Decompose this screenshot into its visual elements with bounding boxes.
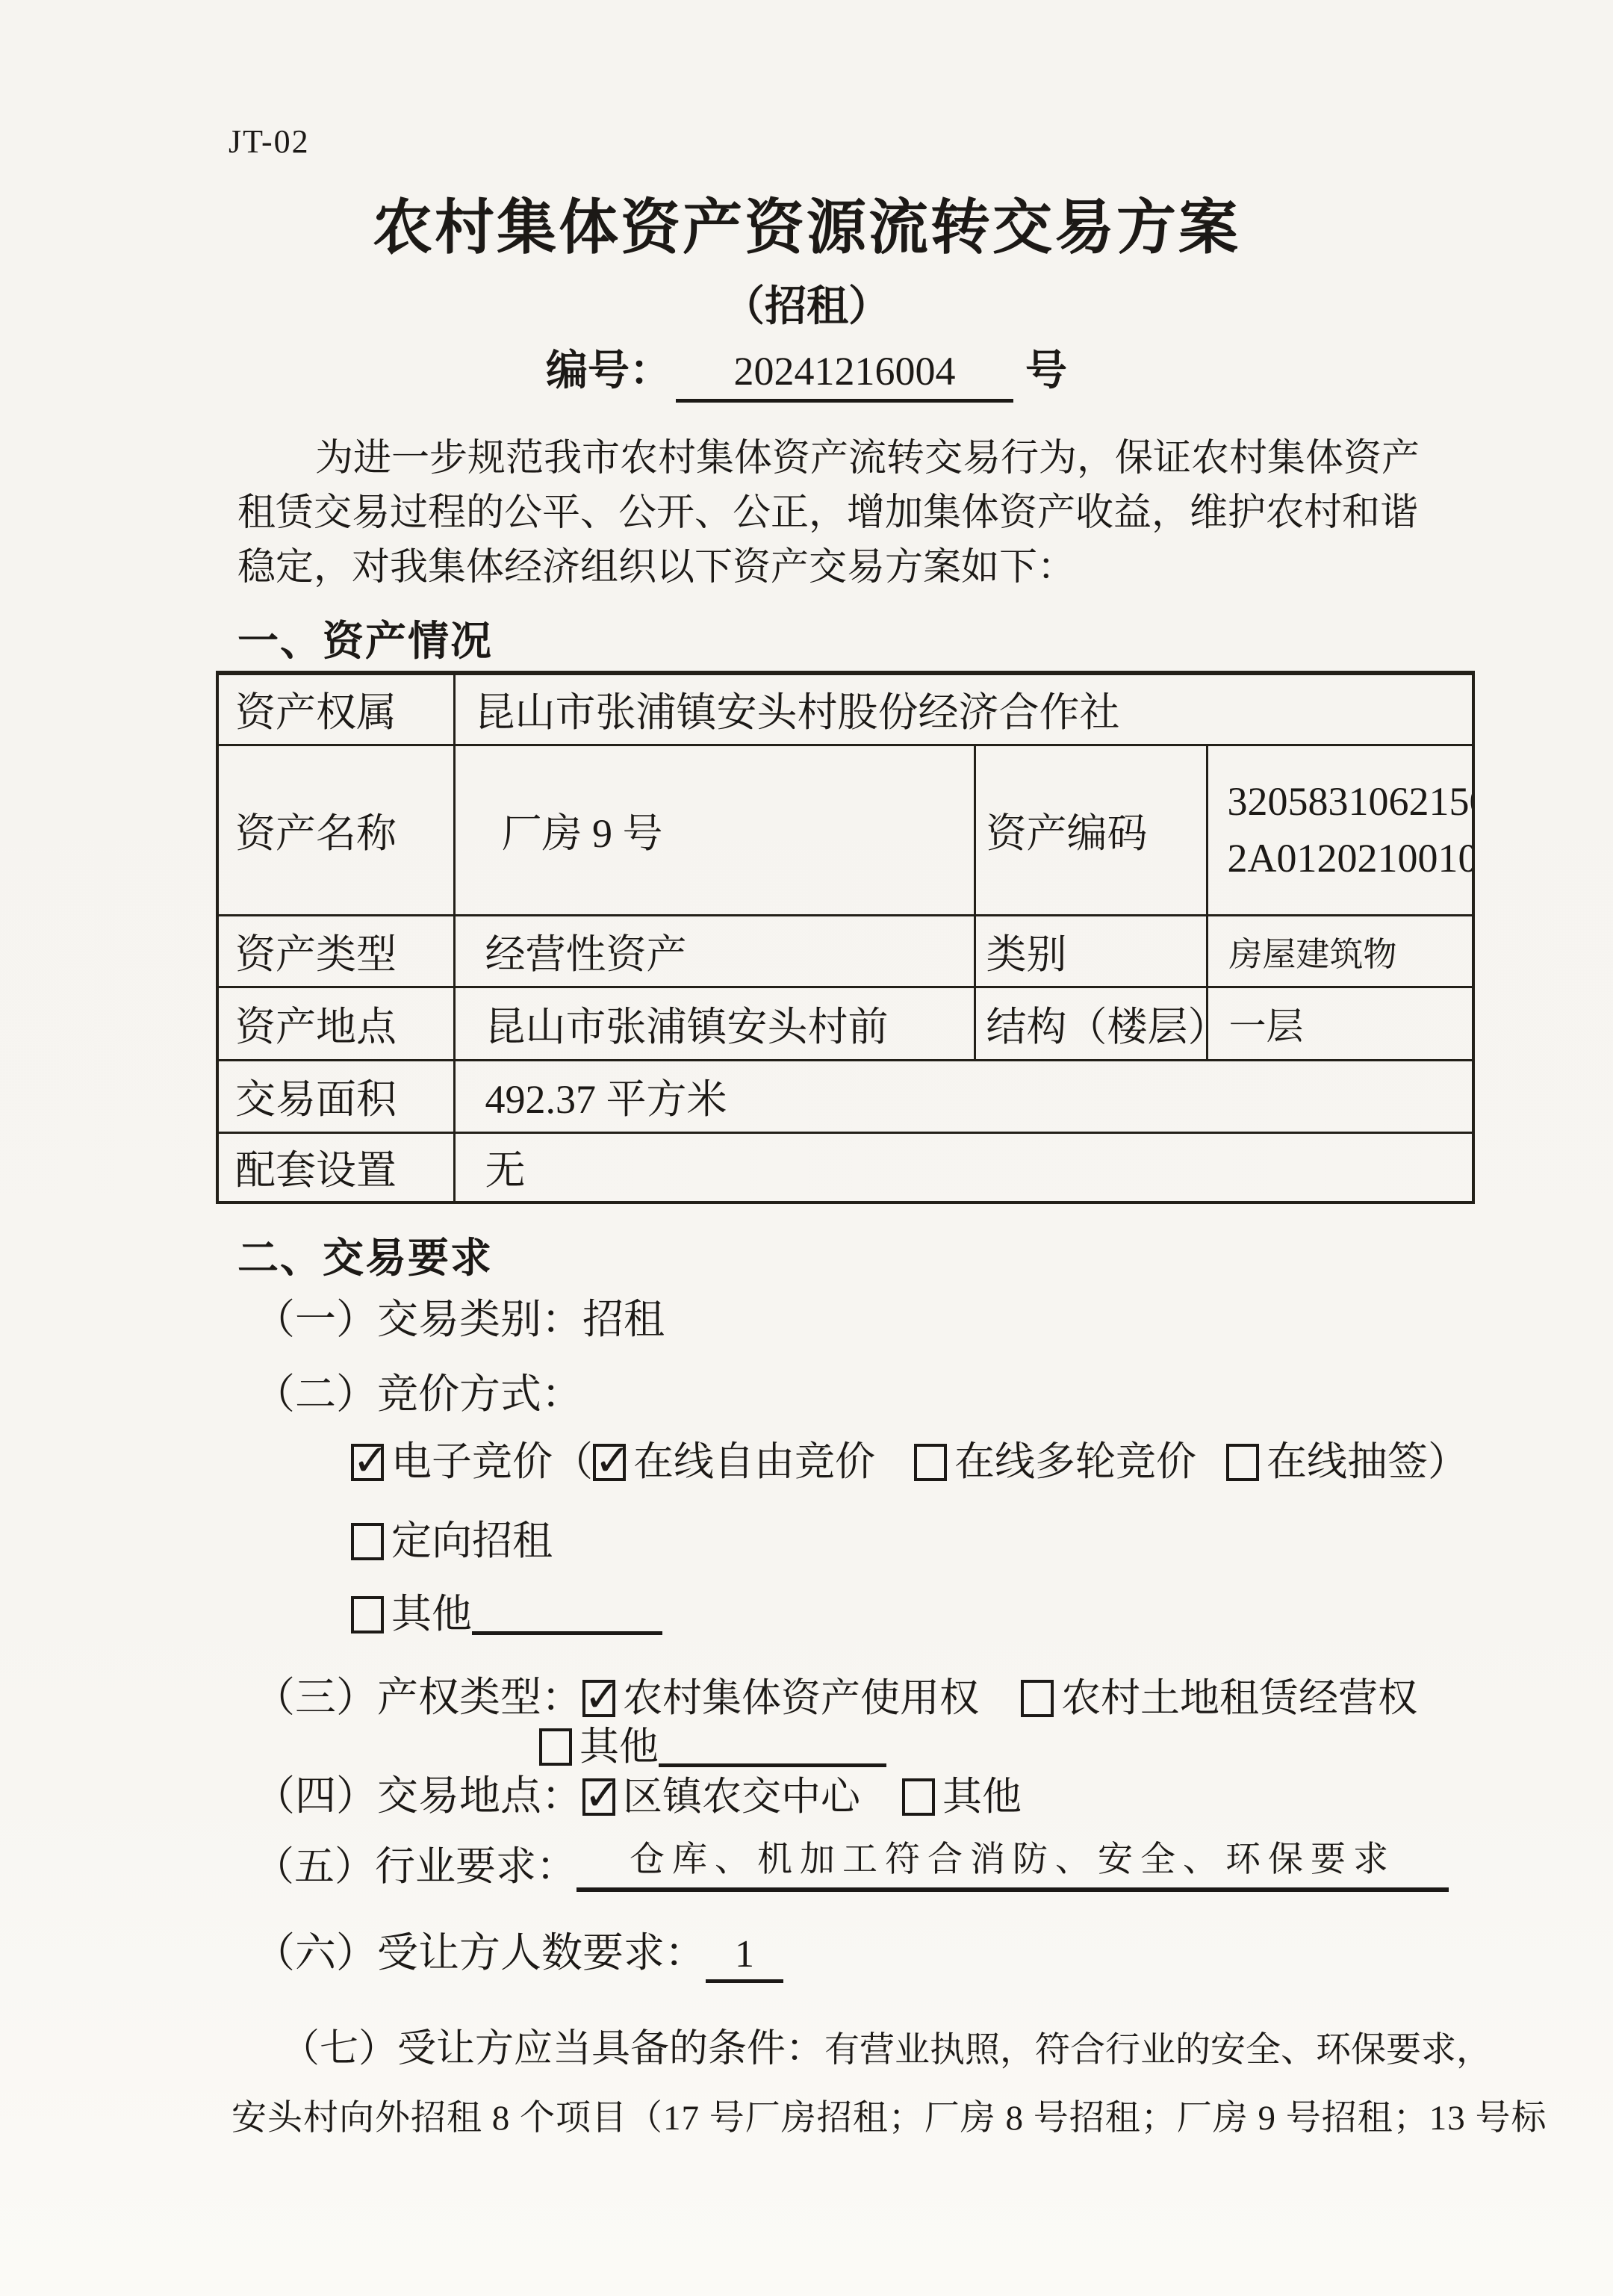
asset-code-line-2: 2A0120210010 (1228, 830, 1473, 887)
bidding-options-line: 电子竞价（在线自由竞价在线多轮竞价在线抽签） (351, 1430, 1468, 1487)
transferee-conditions-continuation: 安头村向外招租 8 个项目（17 号厂房招租；厂房 8 号招租；厂房 9 号招租… (231, 2090, 1547, 2140)
asset-code-line-1: 3205831062150 (1228, 773, 1473, 830)
trade-item-category-label: （一）交易类别： (254, 1297, 582, 1342)
asset-code-value: 3205831062150 2A0120210010 (1207, 745, 1473, 915)
asset-category-label: 类别 (975, 915, 1207, 987)
industry-requirement-label: （五）行业要求： (254, 1834, 576, 1892)
checkbox-electronic-bidding[interactable] (351, 1444, 384, 1481)
trade-item-bidding: （二）竞价方式： (254, 1361, 582, 1420)
document-number-value: 20241216004 (676, 348, 1013, 403)
table-row-location-structure: 资产地点 昆山市张浦镇安头村前 结构（楼层） 一层 (217, 987, 1473, 1060)
checkbox-online-free-bidding[interactable] (593, 1444, 626, 1481)
trade-item-venue: （四）交易地点：区镇农交中心其他 (254, 1763, 1022, 1822)
asset-facility-label: 配套设置 (217, 1132, 454, 1203)
checkbox-collective-asset-usage-right[interactable] (582, 1680, 615, 1717)
checkbox-directed-lease[interactable] (351, 1523, 384, 1560)
bidding-other-line: 其他 (351, 1582, 662, 1639)
checkbox-bidding-other[interactable] (351, 1596, 384, 1633)
section-asset-heading: 一、资产情况 (237, 608, 493, 667)
checkbox-venue-other[interactable] (902, 1778, 935, 1816)
intro-line-2: 租赁交易过程的公平、公开、公正，增加集体资产收益，维护农村和谐 (237, 486, 1447, 541)
asset-name-label: 资产名称 (217, 745, 454, 915)
collective-asset-usage-right-label: 农村集体资产使用权 (623, 1677, 979, 1720)
venue-other-label: 其他 (942, 1775, 1022, 1819)
checkbox-online-multi-round-bidding[interactable] (914, 1444, 947, 1481)
table-row-owner: 资产权属 昆山市张浦镇安头村股份经济合作社 (217, 673, 1473, 745)
trade-item-right-type-label: （三）产权类型： (254, 1675, 582, 1720)
asset-owner-label: 资产权属 (217, 673, 454, 745)
asset-category-value: 房屋建筑物 (1207, 915, 1473, 987)
trade-item-transferee-conditions: （七）受让方应当具备的条件：有营业执照，符合行业的安全、环保要求， (281, 2017, 1491, 2073)
checkbox-town-trading-center[interactable] (582, 1778, 615, 1816)
scanned-form-page: JT-02 农村集体资产资源流转交易方案 （招租） 编号：20241216004… (0, 0, 1613, 2296)
asset-owner-value: 昆山市张浦镇安头村股份经济合作社 (454, 673, 1473, 745)
intro-line-1: 为进一步规范我市农村集体资产流转交易行为，保证农村集体资产 (237, 432, 1447, 486)
intro-paragraph: 为进一步规范我市农村集体资产流转交易行为，保证农村集体资产 租赁交易过程的公平、… (237, 432, 1447, 595)
directed-lease-line: 定向招租 (351, 1509, 553, 1566)
transferee-conditions-label: （七）受让方应当具备的条件： (281, 2028, 824, 2070)
asset-location-value: 昆山市张浦镇安头村前 (454, 987, 975, 1060)
trade-item-industry-requirement: （五）行业要求：仓库、机加工符合消防、安全、环保要求 (254, 1831, 1449, 1892)
electronic-bidding-label: 电子竞价（ (391, 1439, 593, 1484)
document-number-suffix: 号 (1025, 348, 1067, 394)
asset-area-label: 交易面积 (217, 1060, 454, 1132)
document-subtitle: （招租） (0, 273, 1613, 333)
transferee-count-label: （六）受让方人数要求： (254, 1930, 706, 1976)
trade-item-transferee-count: （六）受让方人数要求：1 (254, 1920, 783, 1983)
checkbox-right-type-other[interactable] (539, 1728, 572, 1766)
transferee-count-value: 1 (706, 1932, 783, 1983)
intro-line-3: 稳定，对我集体经济组织以下资产交易方案如下： (237, 541, 1447, 595)
bidding-other-label: 其他 (391, 1592, 472, 1636)
town-trading-center-label: 区镇农交中心 (623, 1775, 860, 1819)
checkbox-online-lottery[interactable] (1226, 1444, 1259, 1481)
form-code: JT-02 (229, 122, 310, 161)
asset-area-value: 492.37 平方米 (454, 1060, 1473, 1132)
asset-info-table: 资产权属 昆山市张浦镇安头村股份经济合作社 资产名称 厂房 9 号 资产编码 3… (216, 671, 1475, 1204)
industry-requirement-value: 仓库、机加工符合消防、安全、环保要求 (576, 1831, 1449, 1892)
document-number-label: 编号： (546, 348, 671, 394)
online-lottery-label: 在线抽签） (1267, 1439, 1468, 1484)
document-number-line: 编号：20241216004号 (0, 338, 1613, 403)
online-free-bidding-label: 在线自由竞价 (633, 1439, 875, 1484)
rural-land-lease-right-label: 农村土地租赁经营权 (1061, 1677, 1417, 1720)
trade-item-category-value: 招租 (582, 1297, 665, 1342)
asset-type-label: 资产类型 (217, 915, 454, 987)
trade-item-venue-label: （四）交易地点： (254, 1773, 582, 1819)
asset-facility-value: 无 (454, 1132, 1473, 1203)
asset-name-value: 厂房 9 号 (454, 745, 975, 915)
asset-location-label: 资产地点 (217, 987, 454, 1060)
trade-item-bidding-label: （二）竞价方式： (254, 1371, 582, 1417)
checkbox-rural-land-lease-right[interactable] (1021, 1680, 1054, 1717)
table-row-type-category: 资产类型 经营性资产 类别 房屋建筑物 (217, 915, 1473, 987)
asset-type-value: 经营性资产 (454, 915, 975, 987)
directed-lease-label: 定向招租 (391, 1518, 553, 1563)
table-row-name-code: 资产名称 厂房 9 号 资产编码 3205831062150 2A0120210… (217, 745, 1473, 915)
bidding-other-blank[interactable] (472, 1602, 662, 1635)
table-row-facility: 配套设置 无 (217, 1132, 1473, 1203)
trade-item-category: （一）交易类别：招租 (254, 1286, 665, 1345)
asset-structure-value: 一层 (1207, 987, 1473, 1060)
asset-code-label: 资产编码 (975, 745, 1207, 915)
table-row-area: 交易面积 492.37 平方米 (217, 1060, 1473, 1132)
document-title: 农村集体资产资源流转交易方案 (0, 179, 1613, 265)
transferee-conditions-value: 有营业执照，符合行业的安全、环保要求， (824, 2031, 1491, 2070)
asset-structure-label: 结构（楼层） (975, 987, 1207, 1060)
online-multi-round-bidding-label: 在线多轮竞价 (954, 1439, 1196, 1484)
section-trade-heading: 二、交易要求 (237, 1225, 493, 1284)
